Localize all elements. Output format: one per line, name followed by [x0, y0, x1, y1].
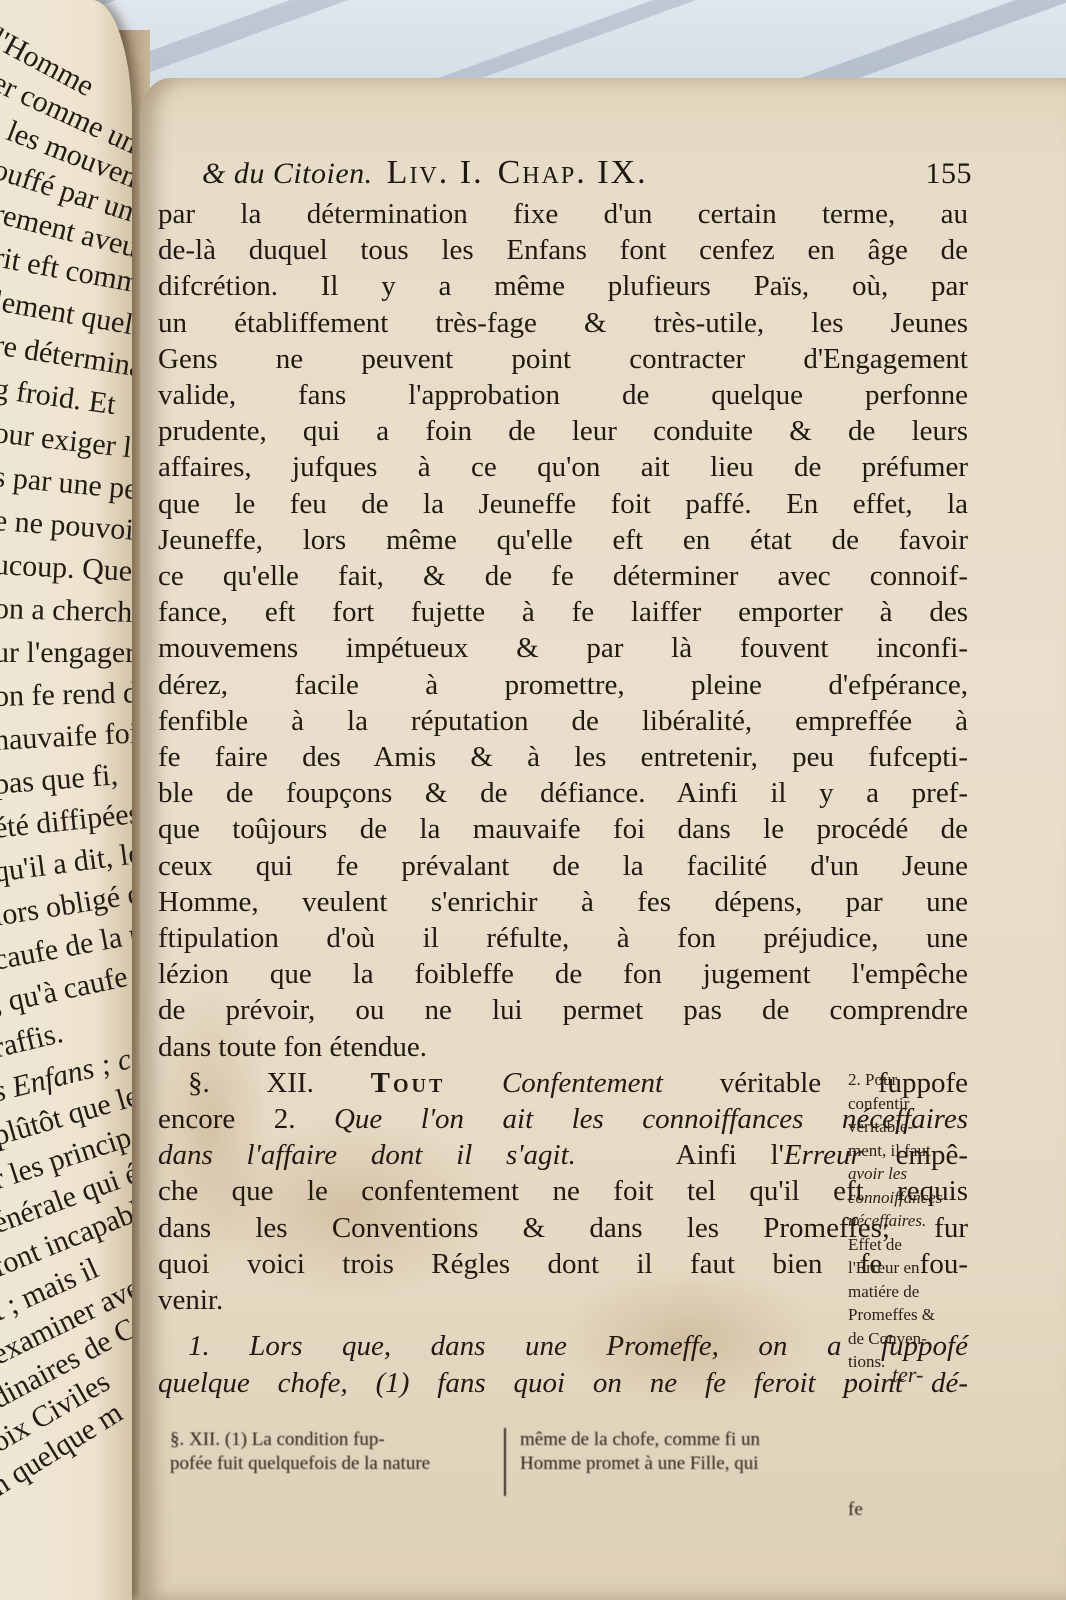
- margin-note-line: Effet de: [848, 1233, 998, 1257]
- text-line: mouvemens impétueux & par là fouvent inc…: [158, 630, 968, 666]
- text-line: fance, eft fort fujette à fe laiffer emp…: [158, 594, 968, 630]
- margin-note-line: avoir les: [848, 1162, 998, 1186]
- margin-note-line: 2. Pour: [848, 1068, 998, 1092]
- text-line: de prévoir, ou ne lui permet pas de comp…: [158, 992, 968, 1028]
- rule-1-line: 1. Lors que, dans une Promeffe, on a fup…: [158, 1328, 968, 1364]
- running-head-chapter: Chap. IX.: [498, 154, 648, 192]
- verso-text-line: s par une pe: [0, 460, 132, 507]
- footnote-line: même de la chofe, comme fi un: [520, 1428, 840, 1452]
- text-line: dérez, facile à promettre, pleine d'efpé…: [158, 667, 968, 703]
- text-line: ce qu'elle fait, & de fe déterminer avec…: [158, 558, 968, 594]
- text-line: par la détermination fixe d'un certain t…: [158, 196, 968, 232]
- verso-text-line: été diffipées: [0, 797, 132, 846]
- text-line: encore 2. Que l'on ait les connoiffances…: [158, 1101, 968, 1137]
- text-line: che que le confentement ne foit tel qu'i…: [158, 1173, 968, 1209]
- text-line: de-là duquel tous les Enfans font cenfez…: [158, 232, 968, 268]
- section-marker: §. XII.: [188, 1067, 314, 1099]
- section-xii: §. XII. Tout Confentement véritable fupp…: [158, 1065, 968, 1401]
- margin-note-line: confentir: [848, 1092, 998, 1116]
- text-line: Homme, veulent s'enrichir à fes dépens, …: [158, 884, 968, 920]
- text-fragment: Ainfi l': [676, 1139, 784, 1171]
- text-line: fe faire des Amis & à les entretenir, pe…: [158, 739, 968, 775]
- footnote-line: Homme promet à une Fille, qui: [520, 1452, 840, 1476]
- verso-text-line: ur l'engager e: [0, 636, 132, 670]
- verso-text-line: e ne pouvoir: [0, 504, 132, 548]
- text-line: Gens ne peuvent point contracter d'Engag…: [158, 341, 968, 377]
- text-line: ble de foupçons & de défiance. Ainfi il …: [158, 775, 968, 811]
- text-line: que toûjours de la mauvaife foi dans le …: [158, 811, 968, 847]
- margin-note-line: matiére de: [848, 1280, 998, 1304]
- margin-note-line: véritable-: [848, 1115, 998, 1139]
- verso-text-line: pas que fi,: [0, 758, 119, 802]
- footnotes: §. XII. (1) La condition fup- pofée fuit…: [170, 1428, 870, 1496]
- margin-note-line: l'Erreur en: [848, 1256, 998, 1280]
- margin-note-line: néceffaires.: [848, 1209, 998, 1233]
- footnote-line: §. XII. (1) La condition fup-: [170, 1428, 490, 1452]
- verso-text-line: ucoup. Que fi: [0, 548, 132, 590]
- text-fragment: encore 2.: [158, 1103, 296, 1135]
- margin-note-line: ment, il faut: [848, 1139, 998, 1163]
- rule-1-line: quelque chofe, (1) fans quoi on ne fe fe…: [158, 1365, 968, 1401]
- text-line: un établiffement très-fage & très-utile,…: [158, 305, 968, 341]
- text-line: ceux qui fe prévalant de la facilité d'u…: [158, 848, 968, 884]
- catchword: ter-: [892, 1362, 923, 1388]
- footnote-right-column: même de la chofe, comme fi un Homme prom…: [520, 1428, 840, 1496]
- recto-page: & du Citoien. Liv. I. Chap. IX. 155 par …: [140, 78, 1066, 1600]
- margin-note-line: Promeffes &: [848, 1303, 998, 1327]
- text-line: Jeuneffe, lors même qu'elle eft en état …: [158, 522, 968, 558]
- text-line: valide, fans l'approbation de quelque pe…: [158, 377, 968, 413]
- italic-principle: dans l'affaire dont il s'agit.: [158, 1139, 576, 1171]
- footnote-catchword: fe: [848, 1498, 863, 1522]
- text-line: dans les Conventions & dans les Promeffe…: [158, 1210, 968, 1246]
- verso-text-line: our exiger l'a: [0, 416, 132, 467]
- text-line: venir.: [158, 1282, 968, 1318]
- text-line: fenfible à la réputation de libéralité, …: [158, 703, 968, 739]
- verso-text-line: nauvaife foi à: [0, 715, 132, 758]
- running-head-book: Liv. I.: [387, 154, 484, 192]
- text-line: §. XII. Tout Confentement véritable fupp…: [158, 1065, 968, 1101]
- text-line: affaires, jufques à ce qu'on ait lieu de…: [158, 449, 968, 485]
- text-line: quoi voici trois Régles dont il faut bie…: [158, 1246, 968, 1282]
- body-text: par la détermination fixe d'un certain t…: [158, 196, 968, 1401]
- text-line: lézion que la foibleffe de fon jugement …: [158, 956, 968, 992]
- running-head: & du Citoien. Liv. I. Chap. IX. 155: [202, 154, 972, 192]
- section-term: Confentement: [502, 1067, 663, 1099]
- running-head-title: & du Citoien.: [202, 157, 373, 191]
- text-line: prudente, qui a foin de leur conduite & …: [158, 413, 968, 449]
- margin-note: 2. Pourconfentirvéritable-ment, il fauta…: [848, 1068, 998, 1374]
- section-opening-word: Tout: [371, 1067, 446, 1099]
- text-line: difcrétion. Il y a même plufieurs Païs, …: [158, 268, 968, 304]
- footnote-column-divider: [504, 1428, 506, 1496]
- verso-text-line: on fe rend d: [0, 676, 132, 714]
- verso-text-line: g froid. Et: [0, 372, 118, 422]
- text-line: ftipulation d'où il réfulte, à fon préju…: [158, 920, 968, 956]
- margin-note-line: connoiffances: [848, 1186, 998, 1210]
- verso-page: l'Hommeer comme une, les mouvemeouffé pa…: [0, 0, 132, 1600]
- footnote-line: pofée fuit quelquefois de la nature: [170, 1452, 490, 1476]
- text-line: dans l'affaire dont il s'agit. Ainfi l'E…: [158, 1137, 968, 1173]
- footnote-left-column: §. XII. (1) La condition fup- pofée fuit…: [170, 1428, 490, 1496]
- paragraph-continuation: par la détermination fixe d'un certain t…: [158, 196, 968, 1065]
- verso-text-line: raffis.: [0, 1016, 66, 1065]
- margin-note-line: de Conven-: [848, 1327, 998, 1351]
- text-line: dans toute fon étendue.: [158, 1029, 968, 1065]
- text-line: que le feu de la Jeuneffe foit paffé. En…: [158, 486, 968, 522]
- verso-text-line: on a cherché: [0, 592, 132, 630]
- page-number: 155: [926, 157, 973, 191]
